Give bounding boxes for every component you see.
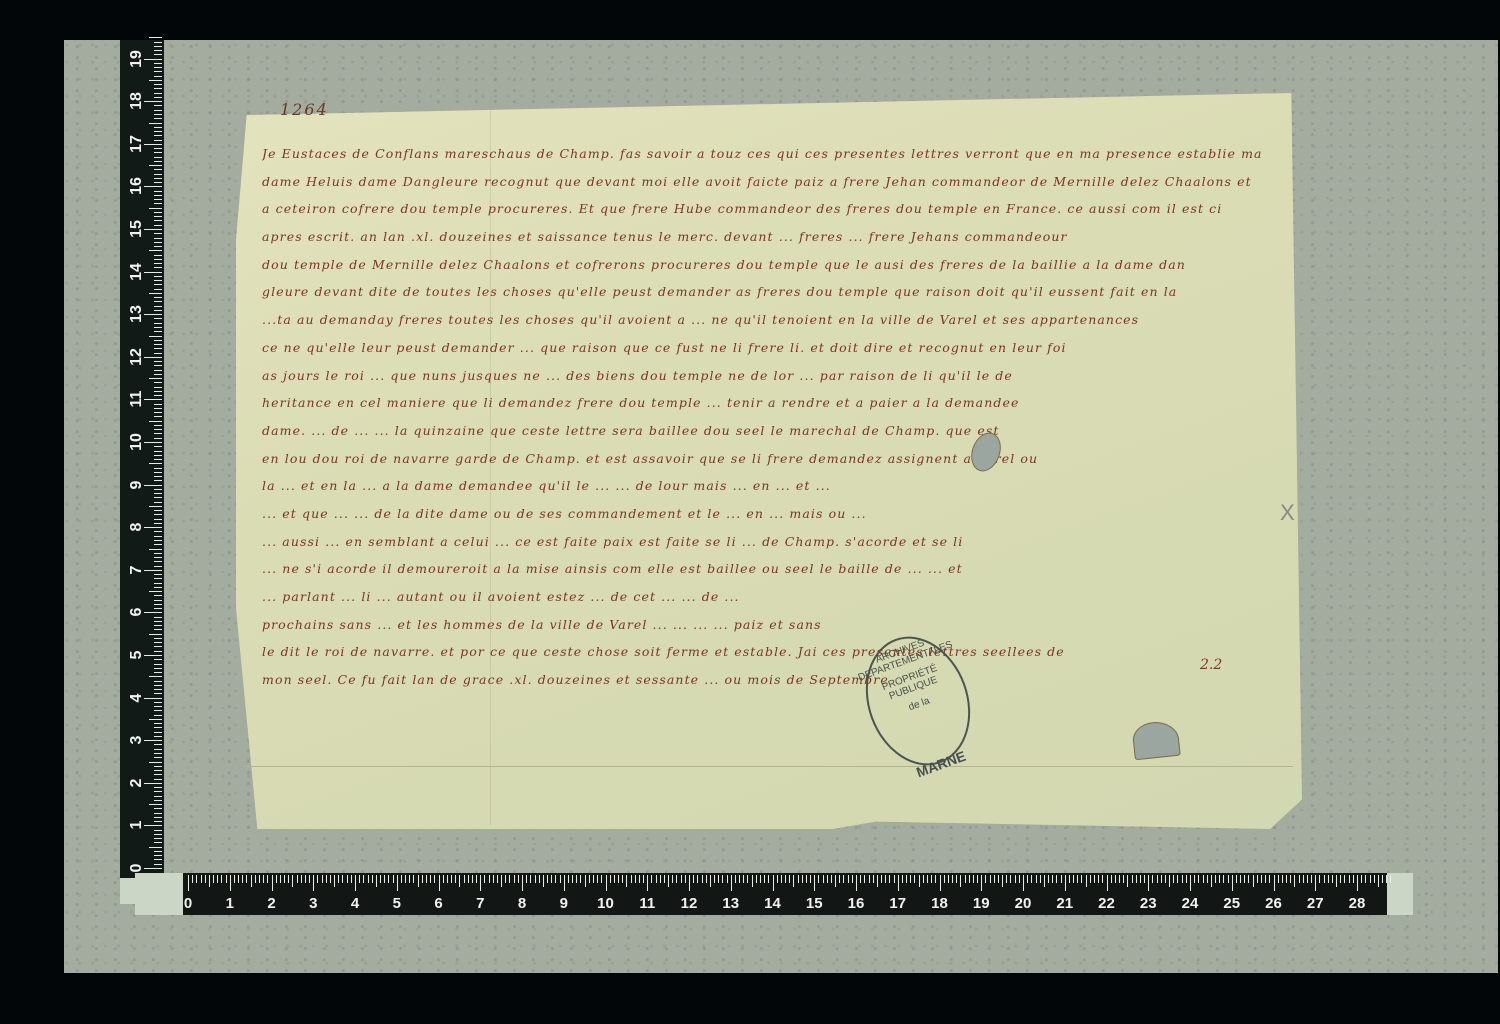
ruler-tick xyxy=(154,587,162,588)
ruler-tick xyxy=(1006,875,1007,883)
ruler-tick xyxy=(1303,875,1304,883)
ruler-tick xyxy=(702,875,703,883)
ruler-tick xyxy=(985,875,986,883)
ruler-tick xyxy=(205,875,206,883)
ruler-tick xyxy=(869,875,870,883)
ruler-tick xyxy=(747,875,748,883)
ruler-tick xyxy=(154,97,162,98)
ruler-tick xyxy=(681,875,682,883)
ruler-label: 24 xyxy=(1182,895,1199,912)
ruler-tick xyxy=(154,63,162,64)
ruler-tick xyxy=(144,144,162,145)
ruler-tick xyxy=(1023,875,1024,891)
ruler-tick xyxy=(242,875,243,883)
ruler-tick xyxy=(1036,875,1037,883)
ruler-tick xyxy=(764,875,765,883)
ruler-tick xyxy=(756,875,757,883)
ruler-tick xyxy=(154,203,162,204)
ruler-tick xyxy=(1115,875,1116,883)
ruler-tick xyxy=(355,875,356,891)
charter-line: gleure devant dite de toutes les choses … xyxy=(262,278,1292,306)
ruler-label: 5 xyxy=(128,644,146,666)
ruler-tick xyxy=(1219,875,1220,883)
ruler-tick xyxy=(144,825,162,826)
ruler-tick xyxy=(981,875,982,891)
ruler-tick xyxy=(154,693,162,694)
ruler-tick xyxy=(154,544,162,545)
ruler-tick xyxy=(1132,875,1133,883)
ruler-tick xyxy=(154,519,162,520)
ruler-tick xyxy=(149,208,162,209)
ruler-tick xyxy=(154,76,162,77)
ruler-tick xyxy=(1052,875,1053,883)
ruler-tick xyxy=(760,875,761,883)
ruler-label: 12 xyxy=(681,895,698,912)
ruler-tick xyxy=(1307,875,1308,883)
ruler-tick xyxy=(1311,875,1312,883)
ruler-label: 9 xyxy=(128,474,146,496)
ruler-tick xyxy=(459,875,460,887)
ruler-tick xyxy=(154,255,162,256)
ruler-tick xyxy=(154,493,162,494)
ruler-tick xyxy=(154,502,162,503)
ruler-tick xyxy=(209,875,210,887)
ruler-tick xyxy=(1015,875,1016,883)
ruler-tick xyxy=(651,875,652,883)
ruler-tick xyxy=(154,263,162,264)
ruler-tick xyxy=(484,875,485,883)
ruler-tick xyxy=(154,604,162,605)
ruler-tick xyxy=(940,875,941,891)
ruler-tick xyxy=(1257,875,1258,883)
ruler-tick xyxy=(1228,875,1229,883)
ruler-label: 20 xyxy=(1015,895,1032,912)
ruler-tick xyxy=(1048,875,1049,883)
ruler-tick xyxy=(267,875,268,883)
ruler-tick xyxy=(543,875,544,887)
ruler-tick xyxy=(342,875,343,883)
ruler-tick xyxy=(154,817,162,818)
ruler-tick xyxy=(263,875,264,883)
ruler-tick xyxy=(154,710,162,711)
ruler-tick xyxy=(589,875,590,883)
ruler-tick xyxy=(1248,875,1249,883)
ruler-label: 3 xyxy=(309,895,317,912)
ruler-tick xyxy=(154,84,162,85)
ruler-tick xyxy=(505,875,506,883)
ruler-tick xyxy=(154,451,162,452)
ruler-tick xyxy=(309,875,310,883)
ruler-tick xyxy=(144,357,162,358)
ruler-tick xyxy=(154,344,162,345)
ruler-tick xyxy=(154,199,162,200)
ruler-tick xyxy=(1182,875,1183,883)
ruler-tick xyxy=(154,127,162,128)
ruler-tick xyxy=(1169,875,1170,887)
ruler-tick xyxy=(1090,875,1091,883)
margin-x-mark: X xyxy=(1280,500,1295,526)
ruler-tick xyxy=(154,851,162,852)
ruler-tick xyxy=(418,875,419,887)
ruler-tick xyxy=(493,875,494,883)
ruler-tick xyxy=(823,875,824,883)
ruler-tick xyxy=(238,875,239,883)
ruler-tick xyxy=(718,875,719,883)
ruler-tick xyxy=(154,578,162,579)
ruler-tick xyxy=(1019,875,1020,883)
ruler-tick xyxy=(1382,875,1383,883)
ruler-tick xyxy=(1165,875,1166,883)
ruler-label: 2 xyxy=(267,895,275,912)
ruler-tick xyxy=(154,297,162,298)
ruler-tick xyxy=(154,472,162,473)
ruler-tick xyxy=(154,668,162,669)
ruler-tick xyxy=(221,875,222,883)
ruler-tick xyxy=(472,875,473,883)
ruler-tick xyxy=(154,531,162,532)
ruler-tick xyxy=(154,429,162,430)
ruler-tick xyxy=(144,229,162,230)
ruler-label: 8 xyxy=(518,895,526,912)
ruler-tick xyxy=(1061,875,1062,883)
ruler-label: 22 xyxy=(1098,895,1115,912)
ruler-tick xyxy=(1236,875,1237,883)
ruler-tick xyxy=(301,875,302,883)
ruler-tick xyxy=(430,875,431,883)
ruler-tick xyxy=(149,804,162,805)
ruler-label: 11 xyxy=(128,388,146,410)
ruler-tick xyxy=(722,875,723,883)
ruler-tick xyxy=(1144,875,1145,883)
ruler-tick xyxy=(1077,875,1078,883)
ruler-tick xyxy=(814,875,815,891)
ruler-tick xyxy=(188,875,189,891)
ruler-tick xyxy=(1349,875,1350,883)
ruler-tick xyxy=(154,689,162,690)
ruler-label: 18 xyxy=(931,895,948,912)
ruler-tick xyxy=(196,875,197,883)
ruler-tick xyxy=(154,766,162,767)
ruler-tick xyxy=(347,875,348,883)
ruler-tick xyxy=(1324,875,1325,883)
ruler-tick xyxy=(1119,875,1120,883)
ruler-tick xyxy=(326,875,327,883)
ruler-tick xyxy=(1056,875,1057,883)
ruler-tick xyxy=(806,875,807,883)
ruler-tick xyxy=(409,875,410,883)
ruler-tick xyxy=(154,791,162,792)
ruler-label: 17 xyxy=(889,895,906,912)
ruler-tick xyxy=(706,875,707,883)
ruler-tick xyxy=(192,875,193,883)
ruler-tick xyxy=(154,340,162,341)
ruler-tick xyxy=(1203,875,1204,883)
ruler-tick xyxy=(889,875,890,883)
ruler-tick xyxy=(731,875,732,891)
ruler-tick xyxy=(1374,875,1375,883)
ruler-tick xyxy=(593,875,594,883)
ruler-tick xyxy=(144,186,162,187)
ruler-tick xyxy=(948,875,949,883)
ruler-tick xyxy=(501,875,502,887)
ruler-tick xyxy=(1107,875,1108,891)
ruler-label: 25 xyxy=(1223,895,1240,912)
ruler-tick xyxy=(906,875,907,883)
ruler-tick xyxy=(1136,875,1137,883)
ruler-tick xyxy=(154,404,162,405)
ruler-tick xyxy=(154,412,162,413)
ruler-tick xyxy=(1290,875,1291,883)
ruler-tick xyxy=(1282,875,1283,883)
ruler-tick xyxy=(664,875,665,883)
ruler-tick xyxy=(359,875,360,883)
ruler-tick xyxy=(1207,875,1208,883)
ruler-tick xyxy=(149,634,162,635)
ruler-tick xyxy=(154,118,162,119)
ruler-tick xyxy=(144,570,162,571)
ruler-tick xyxy=(351,875,352,883)
ruler-tick xyxy=(154,391,162,392)
ruler-tick xyxy=(647,875,648,891)
ruler-tick xyxy=(154,161,162,162)
ruler-tick xyxy=(154,387,162,388)
ruler-tick xyxy=(154,583,162,584)
ruler-tick xyxy=(154,838,162,839)
ruler-tick xyxy=(154,220,162,221)
ruler-tick xyxy=(154,446,162,447)
charter-line: ... parlant ... li ... autant ou il avoi… xyxy=(262,583,1292,611)
ruler-tick xyxy=(839,875,840,883)
ruler-tick xyxy=(606,875,607,891)
ruler-tick xyxy=(1161,875,1162,883)
ruler-tick xyxy=(154,408,162,409)
ruler-tick xyxy=(860,875,861,883)
ruler-tick xyxy=(154,536,162,537)
ruler-tick xyxy=(1244,875,1245,883)
ruler-tick xyxy=(154,140,162,141)
ruler-tick xyxy=(317,875,318,883)
ruler-tick xyxy=(154,182,162,183)
ruler-tick xyxy=(149,336,162,337)
ruler-tick xyxy=(154,736,162,737)
ruler-tick xyxy=(144,101,162,102)
ruler-tick xyxy=(881,875,882,883)
horizontal-scale-ruler: 0123456789101112131415161718192021222324… xyxy=(183,873,1387,915)
charter-line: a ceteiron cofrere dou temple procureres… xyxy=(262,195,1292,223)
ruler-label: 15 xyxy=(806,895,823,912)
ruler-tick xyxy=(154,497,162,498)
ruler-tick xyxy=(935,875,936,883)
ruler-label: 0 xyxy=(184,895,192,912)
ruler-tick xyxy=(154,732,162,733)
ruler-tick xyxy=(154,715,162,716)
ruler-tick xyxy=(154,238,162,239)
ruler-tick xyxy=(902,875,903,883)
ruler-tick xyxy=(568,875,569,883)
ruler-tick xyxy=(818,875,819,883)
ruler-tick xyxy=(489,875,490,883)
ruler-tick xyxy=(539,875,540,883)
ruler-tick xyxy=(154,702,162,703)
ruler-tick xyxy=(154,110,162,111)
ruler-tick xyxy=(154,664,162,665)
ruler-label: 16 xyxy=(128,175,146,197)
ruler-tick xyxy=(572,875,573,883)
ruler-tick xyxy=(1140,875,1141,883)
ruler-tick xyxy=(1190,875,1191,891)
ruler-tick xyxy=(1173,875,1174,883)
ruler-tick xyxy=(439,875,440,891)
ruler-tick xyxy=(154,348,162,349)
ruler-tick xyxy=(1299,875,1300,883)
ruler-tick xyxy=(1269,875,1270,883)
ruler-tick xyxy=(154,625,162,626)
ruler-tick xyxy=(877,875,878,887)
ruler-tick xyxy=(144,868,162,869)
ruler-tick xyxy=(660,875,661,883)
ruler-tick xyxy=(154,42,162,43)
charter-line: Je Eustaces de Conflans mareschaus de Ch… xyxy=(262,140,1292,168)
charter-line: dame. ... de ... ... la quinzaine que ce… xyxy=(262,417,1292,445)
ruler-tick xyxy=(455,875,456,883)
ruler-tick xyxy=(380,875,381,883)
ruler-label: 1 xyxy=(128,814,146,836)
ruler-tick xyxy=(154,744,162,745)
ruler-tick xyxy=(154,331,162,332)
ruler-tick xyxy=(576,875,577,883)
ruler-tick xyxy=(149,506,162,507)
ruler-tick xyxy=(1040,875,1041,883)
ruler-label: 4 xyxy=(351,895,359,912)
ruler-tick xyxy=(154,178,162,179)
ruler-tick xyxy=(526,875,527,883)
ruler-tick xyxy=(154,191,162,192)
ruler-tick xyxy=(154,370,162,371)
ruler-tick xyxy=(154,152,162,153)
ruler-tick xyxy=(154,310,162,311)
ruler-tick xyxy=(843,875,844,883)
ruler-tick xyxy=(777,875,778,883)
ruler-tick xyxy=(154,834,162,835)
ruler-tick xyxy=(1044,875,1045,887)
ruler-tick xyxy=(154,779,162,780)
ruler-label: 15 xyxy=(128,218,146,240)
ruler-tick xyxy=(626,875,627,887)
ruler-tick xyxy=(154,753,162,754)
ruler-tick xyxy=(685,875,686,883)
ruler-tick xyxy=(226,875,227,883)
ruler-tick xyxy=(213,875,214,883)
ruler-tick xyxy=(154,557,162,558)
ruler-tick xyxy=(1152,875,1153,883)
ruler-tick xyxy=(154,629,162,630)
ruler-tick xyxy=(149,378,162,379)
ruler-tick xyxy=(272,875,273,891)
ruler-tick xyxy=(154,574,162,575)
ruler-tick xyxy=(426,875,427,883)
charter-line: ce ne qu'elle leur peust demander ... qu… xyxy=(262,334,1292,362)
ruler-tick xyxy=(154,353,162,354)
ruler-tick xyxy=(154,685,162,686)
ruler-tick xyxy=(154,301,162,302)
ruler-tick xyxy=(154,131,162,132)
ruler-tick xyxy=(154,195,162,196)
ruler-tick xyxy=(597,875,598,883)
ruler-tick xyxy=(154,638,162,639)
ruler-tick xyxy=(1157,875,1158,883)
ruler-tick xyxy=(1223,875,1224,883)
ruler-tick xyxy=(154,433,162,434)
ruler-tick xyxy=(927,875,928,883)
ruler-tick xyxy=(154,174,162,175)
ruler-tick xyxy=(835,875,836,887)
ruler-tick xyxy=(154,608,162,609)
ruler-tick xyxy=(894,875,895,883)
ruler-tick xyxy=(251,875,252,887)
ruler-tick xyxy=(144,314,162,315)
ruler-tick xyxy=(154,864,162,865)
ruler-tick xyxy=(689,875,690,891)
ruler-tick xyxy=(149,463,162,464)
ruler-tick xyxy=(154,489,162,490)
ruler-tick xyxy=(154,480,162,481)
ruler-tick xyxy=(468,875,469,883)
ruler-tick xyxy=(1253,875,1254,887)
charter-line: prochains sans ... et les hommes de la v… xyxy=(262,611,1292,639)
ruler-tick xyxy=(977,875,978,883)
ruler-tick xyxy=(994,875,995,883)
ruler-tick xyxy=(149,719,162,720)
ruler-tick xyxy=(144,740,162,741)
ruler-tick xyxy=(1198,875,1199,883)
vertical-scale-ruler: 012345678910111213141516171819 xyxy=(120,40,164,878)
ruler-tick xyxy=(443,875,444,883)
ruler-tick xyxy=(330,875,331,883)
ruler-tick xyxy=(154,67,162,68)
ruler-tick xyxy=(154,659,162,660)
ruler-tick xyxy=(990,875,991,883)
ruler-tick xyxy=(727,875,728,883)
ruler-label: 18 xyxy=(128,90,146,112)
ruler-tick xyxy=(1265,875,1266,883)
ruler-tick xyxy=(668,875,669,887)
ruler-label: 26 xyxy=(1265,895,1282,912)
ruler-tick xyxy=(154,365,162,366)
ruler-tick xyxy=(154,105,162,106)
ruler-label: 23 xyxy=(1140,895,1157,912)
ruler-tick xyxy=(154,135,162,136)
ruler-tick xyxy=(793,875,794,887)
ruler-tick xyxy=(154,672,162,673)
charter-line: en lou dou roi de navarre garde de Champ… xyxy=(262,445,1292,473)
ruler-label: 13 xyxy=(722,895,739,912)
ruler-tick xyxy=(154,216,162,217)
ruler-tick xyxy=(898,875,899,891)
ruler-tick xyxy=(154,416,162,417)
ruler-tick xyxy=(144,527,162,528)
ruler-tick xyxy=(154,50,162,51)
ruler-tick xyxy=(1031,875,1032,883)
ruler-tick xyxy=(230,875,231,891)
ruler-tick xyxy=(149,847,162,848)
ruler-label: 21 xyxy=(1056,895,1073,912)
ruler-tick xyxy=(451,875,452,883)
ruler-tick xyxy=(944,875,945,883)
ruler-tick xyxy=(555,875,556,883)
ruler-label: 27 xyxy=(1307,895,1324,912)
ruler-tick xyxy=(1086,875,1087,887)
ruler-tick xyxy=(1232,875,1233,891)
